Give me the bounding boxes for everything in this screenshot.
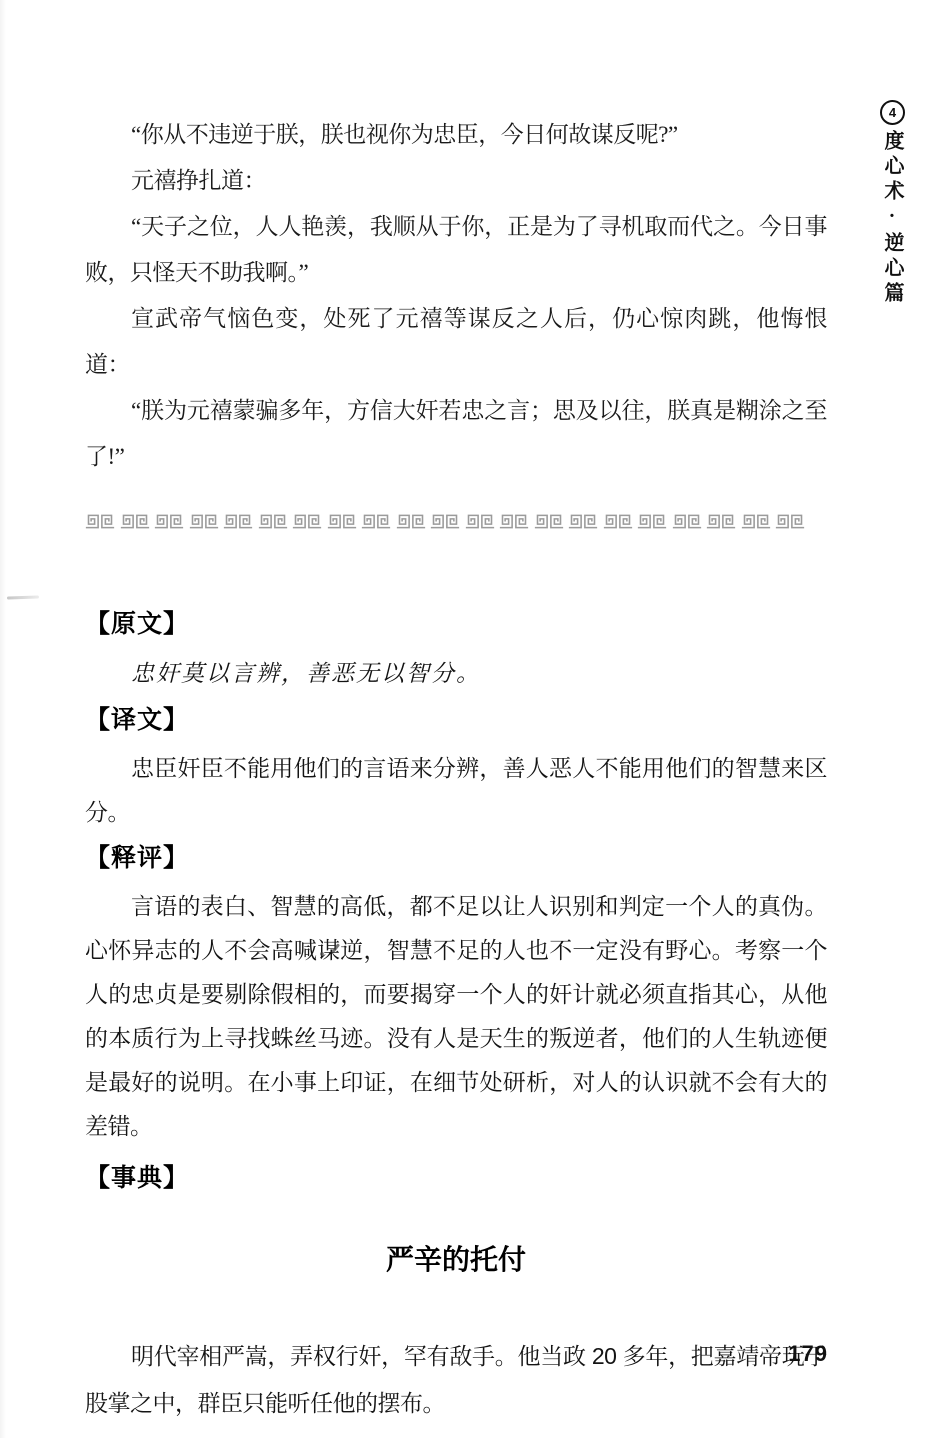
excerpt-paragraph: “你从不违逆于朕，朕也视你为忠臣，今日何故谋反呢?” bbox=[85, 112, 827, 158]
greek-key-glyph bbox=[534, 514, 548, 529]
greek-key-glyph bbox=[775, 514, 789, 529]
greek-key-glyph bbox=[377, 514, 391, 529]
excerpt-paragraph: “朕为元禧蒙骗多年，方信大奸若忠之言；思及以往，朕真是糊涂之至了!” bbox=[85, 388, 827, 480]
greek-key-glyph bbox=[154, 514, 168, 529]
greek-key-glyph bbox=[120, 514, 134, 529]
greek-key-glyph bbox=[499, 514, 513, 529]
greek-key-pair bbox=[292, 514, 322, 529]
greek-key-glyph bbox=[223, 514, 237, 529]
yiwen-text: 忠臣奸臣不能用他们的言语来分辨，善人恶人不能用他们的智慧来区分。 bbox=[85, 746, 827, 834]
greek-key-glyph bbox=[308, 514, 322, 529]
greek-key-pair bbox=[258, 514, 288, 529]
greek-key-pair bbox=[741, 514, 771, 529]
greek-key-glyph bbox=[136, 514, 150, 529]
excerpt-paragraph: “天子之位，人人艳羡，我顺从于你，正是为了寻机取而代之。今日事败，只怪天不助我啊… bbox=[85, 204, 827, 296]
excerpt-paragraph: 宣武帝气恼色变，处死了元禧等谋反之人后，仍心惊肉跳，他悔恨道： bbox=[85, 296, 827, 388]
greek-key-glyph bbox=[481, 514, 495, 529]
greek-key-pair bbox=[154, 514, 184, 529]
greek-key-glyph bbox=[757, 514, 771, 529]
volume-number-badge: 4 bbox=[880, 100, 905, 125]
greek-key-pair bbox=[189, 514, 219, 529]
greek-key-glyph bbox=[741, 514, 755, 529]
greek-key-pair bbox=[120, 514, 150, 529]
greek-key-glyph bbox=[258, 514, 272, 529]
excerpt-paragraph: 元禧挣扎道： bbox=[85, 158, 827, 204]
greek-key-pair bbox=[499, 514, 529, 529]
greek-key-glyph bbox=[446, 514, 460, 529]
greek-key-glyph bbox=[619, 514, 633, 529]
greek-key-glyph bbox=[274, 514, 288, 529]
greek-key-pair bbox=[534, 514, 564, 529]
section-heading-shidian: 【事典】 bbox=[85, 1163, 827, 1193]
greek-key-pair bbox=[85, 514, 115, 529]
greek-key-glyph bbox=[239, 514, 253, 529]
section-heading-yuanwen: 【原文】 bbox=[85, 609, 827, 639]
ink-speck bbox=[320, 952, 324, 956]
greek-key-glyph bbox=[515, 514, 529, 529]
greek-key-glyph bbox=[170, 514, 184, 529]
greek-key-glyph bbox=[550, 514, 564, 529]
story-paragraph: 明代宰相严嵩，弄权行奸，罕有敌手。他当政 20 多年，把嘉靖帝玩于股掌之中，群臣… bbox=[85, 1333, 827, 1427]
greek-key-glyph bbox=[688, 514, 702, 529]
greek-key-pair bbox=[706, 514, 736, 529]
greek-key-pair bbox=[637, 514, 667, 529]
greek-key-glyph bbox=[430, 514, 444, 529]
greek-key-pair bbox=[430, 514, 460, 529]
story-section: 严辛的托付 明代宰相严嵩，弄权行奸，罕有敌手。他当政 20 多年，把嘉靖帝玩于股… bbox=[85, 1243, 827, 1427]
greek-key-glyph bbox=[361, 514, 375, 529]
greek-key-pair bbox=[223, 514, 253, 529]
shiping-text: 言语的表白、智慧的高低，都不足以让人识别和判定一个人的真伪。心怀异志的人不会高喊… bbox=[85, 884, 827, 1148]
greek-key-glyph bbox=[101, 514, 115, 529]
greek-key-glyph bbox=[791, 514, 805, 529]
greek-key-glyph bbox=[189, 514, 203, 529]
greek-key-glyph bbox=[465, 514, 479, 529]
chapter-title-vertical: 度心术·逆心篇 bbox=[878, 130, 907, 307]
page-body: “你从不违逆于朕，朕也视你为忠臣，今日何故谋反呢?” 元禧挣扎道： “天子之位，… bbox=[85, 0, 827, 1427]
greek-key-pair bbox=[603, 514, 633, 529]
greek-key-glyph bbox=[568, 514, 582, 529]
greek-key-border bbox=[85, 513, 827, 529]
page-edge-shadow bbox=[0, 0, 6, 1438]
greek-key-pair bbox=[672, 514, 702, 529]
greek-key-pair bbox=[327, 514, 357, 529]
greek-key-glyph bbox=[327, 514, 341, 529]
greek-key-pair bbox=[568, 514, 598, 529]
chapter-side-header: 4 度心术·逆心篇 bbox=[878, 100, 907, 307]
greek-key-pair bbox=[396, 514, 426, 529]
greek-key-glyph bbox=[396, 514, 410, 529]
greek-key-glyph bbox=[205, 514, 219, 529]
story-excerpt: “你从不违逆于朕，朕也视你为忠臣，今日何故谋反呢?” 元禧挣扎道： “天子之位，… bbox=[85, 0, 827, 480]
greek-key-glyph bbox=[343, 514, 357, 529]
section-heading-yiwen: 【译文】 bbox=[85, 705, 827, 735]
greek-key-glyph bbox=[653, 514, 667, 529]
page-number: 179 bbox=[788, 1341, 828, 1367]
greek-key-glyph bbox=[85, 514, 99, 529]
greek-key-glyph bbox=[603, 514, 617, 529]
greek-key-pair bbox=[465, 514, 495, 529]
volume-number: 4 bbox=[889, 106, 896, 119]
greek-key-glyph bbox=[292, 514, 306, 529]
greek-key-glyph bbox=[672, 514, 686, 529]
greek-key-glyph bbox=[722, 514, 736, 529]
greek-key-glyph bbox=[706, 514, 720, 529]
greek-key-glyph bbox=[637, 514, 651, 529]
greek-key-glyph bbox=[412, 514, 426, 529]
scan-artifact-dash bbox=[7, 595, 39, 599]
section-heading-shiping: 【释评】 bbox=[85, 843, 827, 873]
greek-key-pair bbox=[361, 514, 391, 529]
yuanwen-text: 忠奸莫以言辨，善恶无以智分。 bbox=[85, 654, 827, 694]
greek-key-pair bbox=[775, 514, 805, 529]
greek-key-glyph bbox=[584, 514, 598, 529]
story-title: 严辛的托付 bbox=[85, 1243, 827, 1277]
